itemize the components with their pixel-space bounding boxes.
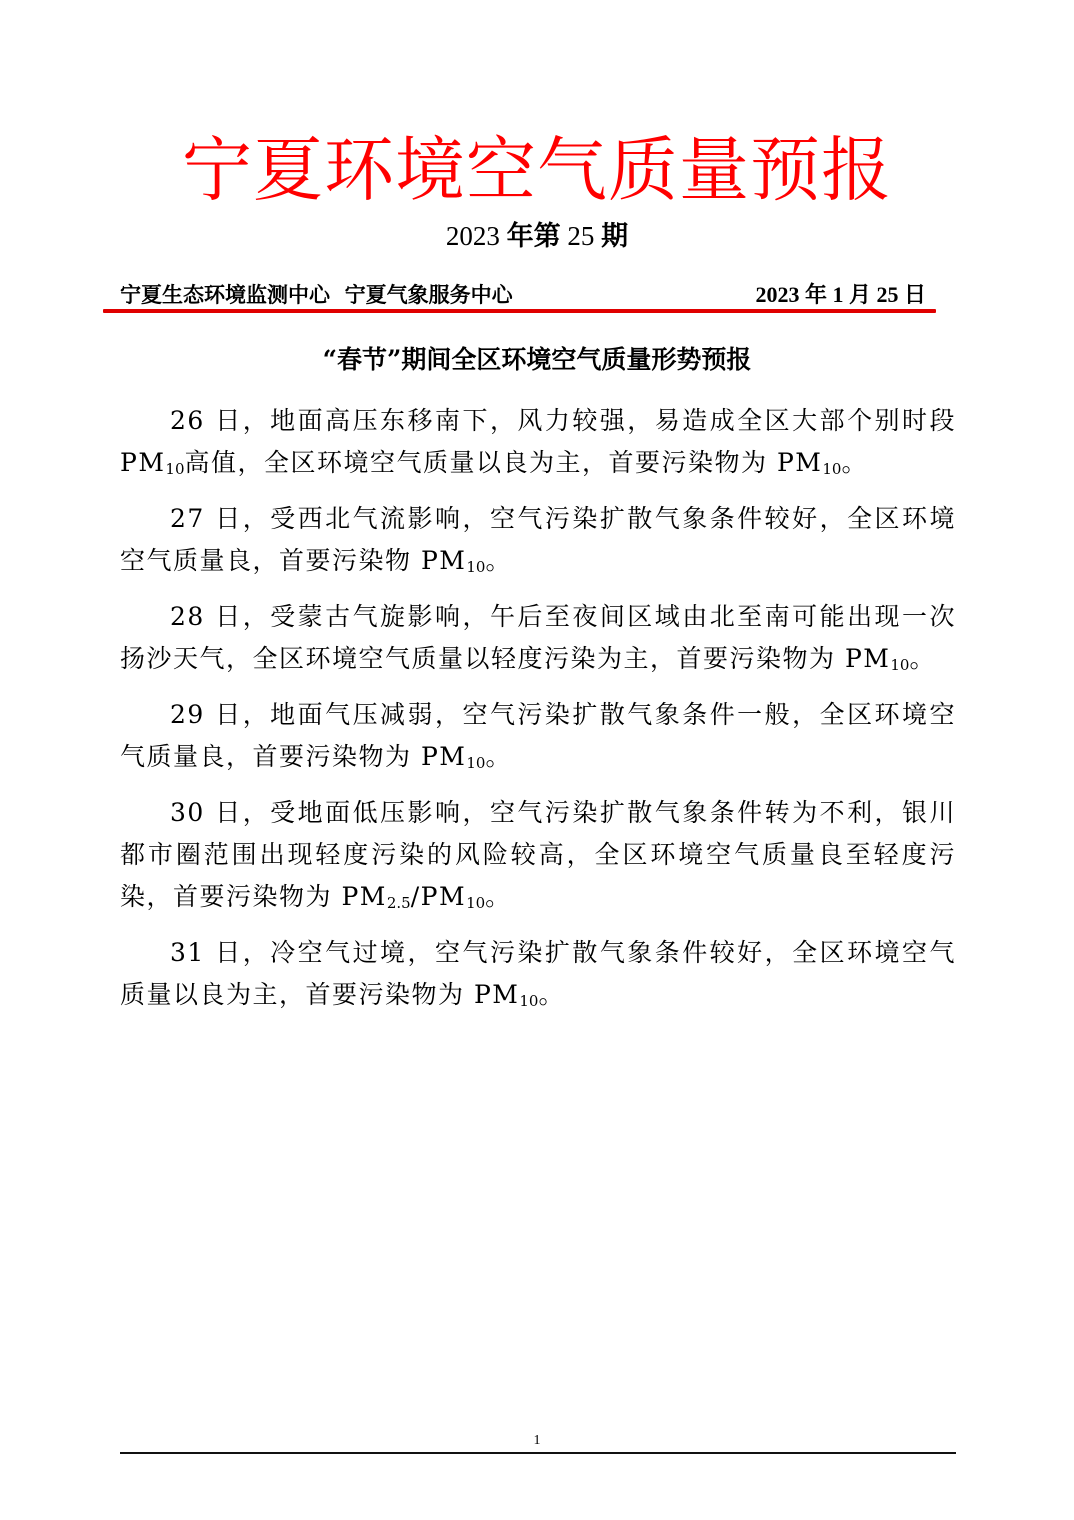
text-segment: 。 [485,742,512,771]
issue-year-suffix: 年第 [507,221,561,251]
publisher-organizations: 宁夏生态环境监测中心 宁夏气象服务中心 [120,278,513,312]
publish-date: 2023 年 1 月 25 日 [755,278,926,312]
forecast-day: 26 日， [170,406,270,435]
forecast-paragraph-31: 31 日，冷空气过境，空气污染扩散气象条件较好，全区环境空气质量以良为主，首要污… [120,932,956,1016]
page-number: 1 [0,1432,1074,1450]
issue-number-line: 2023 年第 25 期 [0,216,1074,256]
subscript: 10 [519,992,538,1010]
forecast-day: 28 日， [170,602,270,631]
forecast-day: 31 日， [170,938,270,967]
subscript: 10 [165,460,184,478]
text-segment: 高值，全区环境空气质量以良为主，首要污染物为 PM [185,448,823,477]
forecast-paragraph-28: 28 日，受蒙古气旋影响，午后至夜间区域由北至南可能出现一次扬沙天气，全区环境空… [120,596,956,680]
forecast-paragraph-26: 26 日，地面高压东移南下，风力较强，易造成全区大部个别时段 PM10高值，全区… [120,400,956,484]
article-body: 26 日，地面高压东移南下，风力较强，易造成全区大部个别时段 PM10高值，全区… [120,400,956,1030]
publisher-row: 宁夏生态环境监测中心 宁夏气象服务中心 2023 年 1 月 25 日 [120,278,926,312]
forecast-paragraph-29: 29 日，地面气压减弱，空气污染扩散气象条件一般，全区环境空气质量良，首要污染物… [120,694,956,778]
issue-year: 2023 [446,221,500,251]
subscript: 10 [466,754,485,772]
forecast-day: 27 日， [170,504,270,533]
text-segment: 。 [841,448,868,477]
subscript: 2.5 [387,894,411,912]
text-segment: 。 [485,882,512,911]
subscript: 10 [822,460,841,478]
text-segment: /PM [411,882,466,911]
issue-suffix: 期 [601,221,628,251]
text-segment: 。 [909,644,936,673]
forecast-day: 29 日， [170,700,270,729]
text-segment: 。 [538,980,565,1009]
document-title: 宁夏环境空气质量预报 [0,128,1074,212]
forecast-day: 30 日， [170,798,270,827]
subscript: 10 [466,558,485,576]
article-headline: “春节”期间全区环境空气质量形势预报 [0,340,1074,380]
forecast-paragraph-30: 30 日，受地面低压影响，空气污染扩散气象条件转为不利，银川都市圈范围出现轻度污… [120,792,956,918]
header-red-divider [103,309,936,313]
footer-divider [120,1452,956,1454]
forecast-paragraph-27: 27 日，受西北气流影响，空气污染扩散气象条件较好，全区环境空气质量良，首要污染… [120,498,956,582]
issue-number: 25 [567,221,594,251]
subscript: 10 [890,656,909,674]
text-segment: 。 [485,546,512,575]
subscript: 10 [466,894,485,912]
